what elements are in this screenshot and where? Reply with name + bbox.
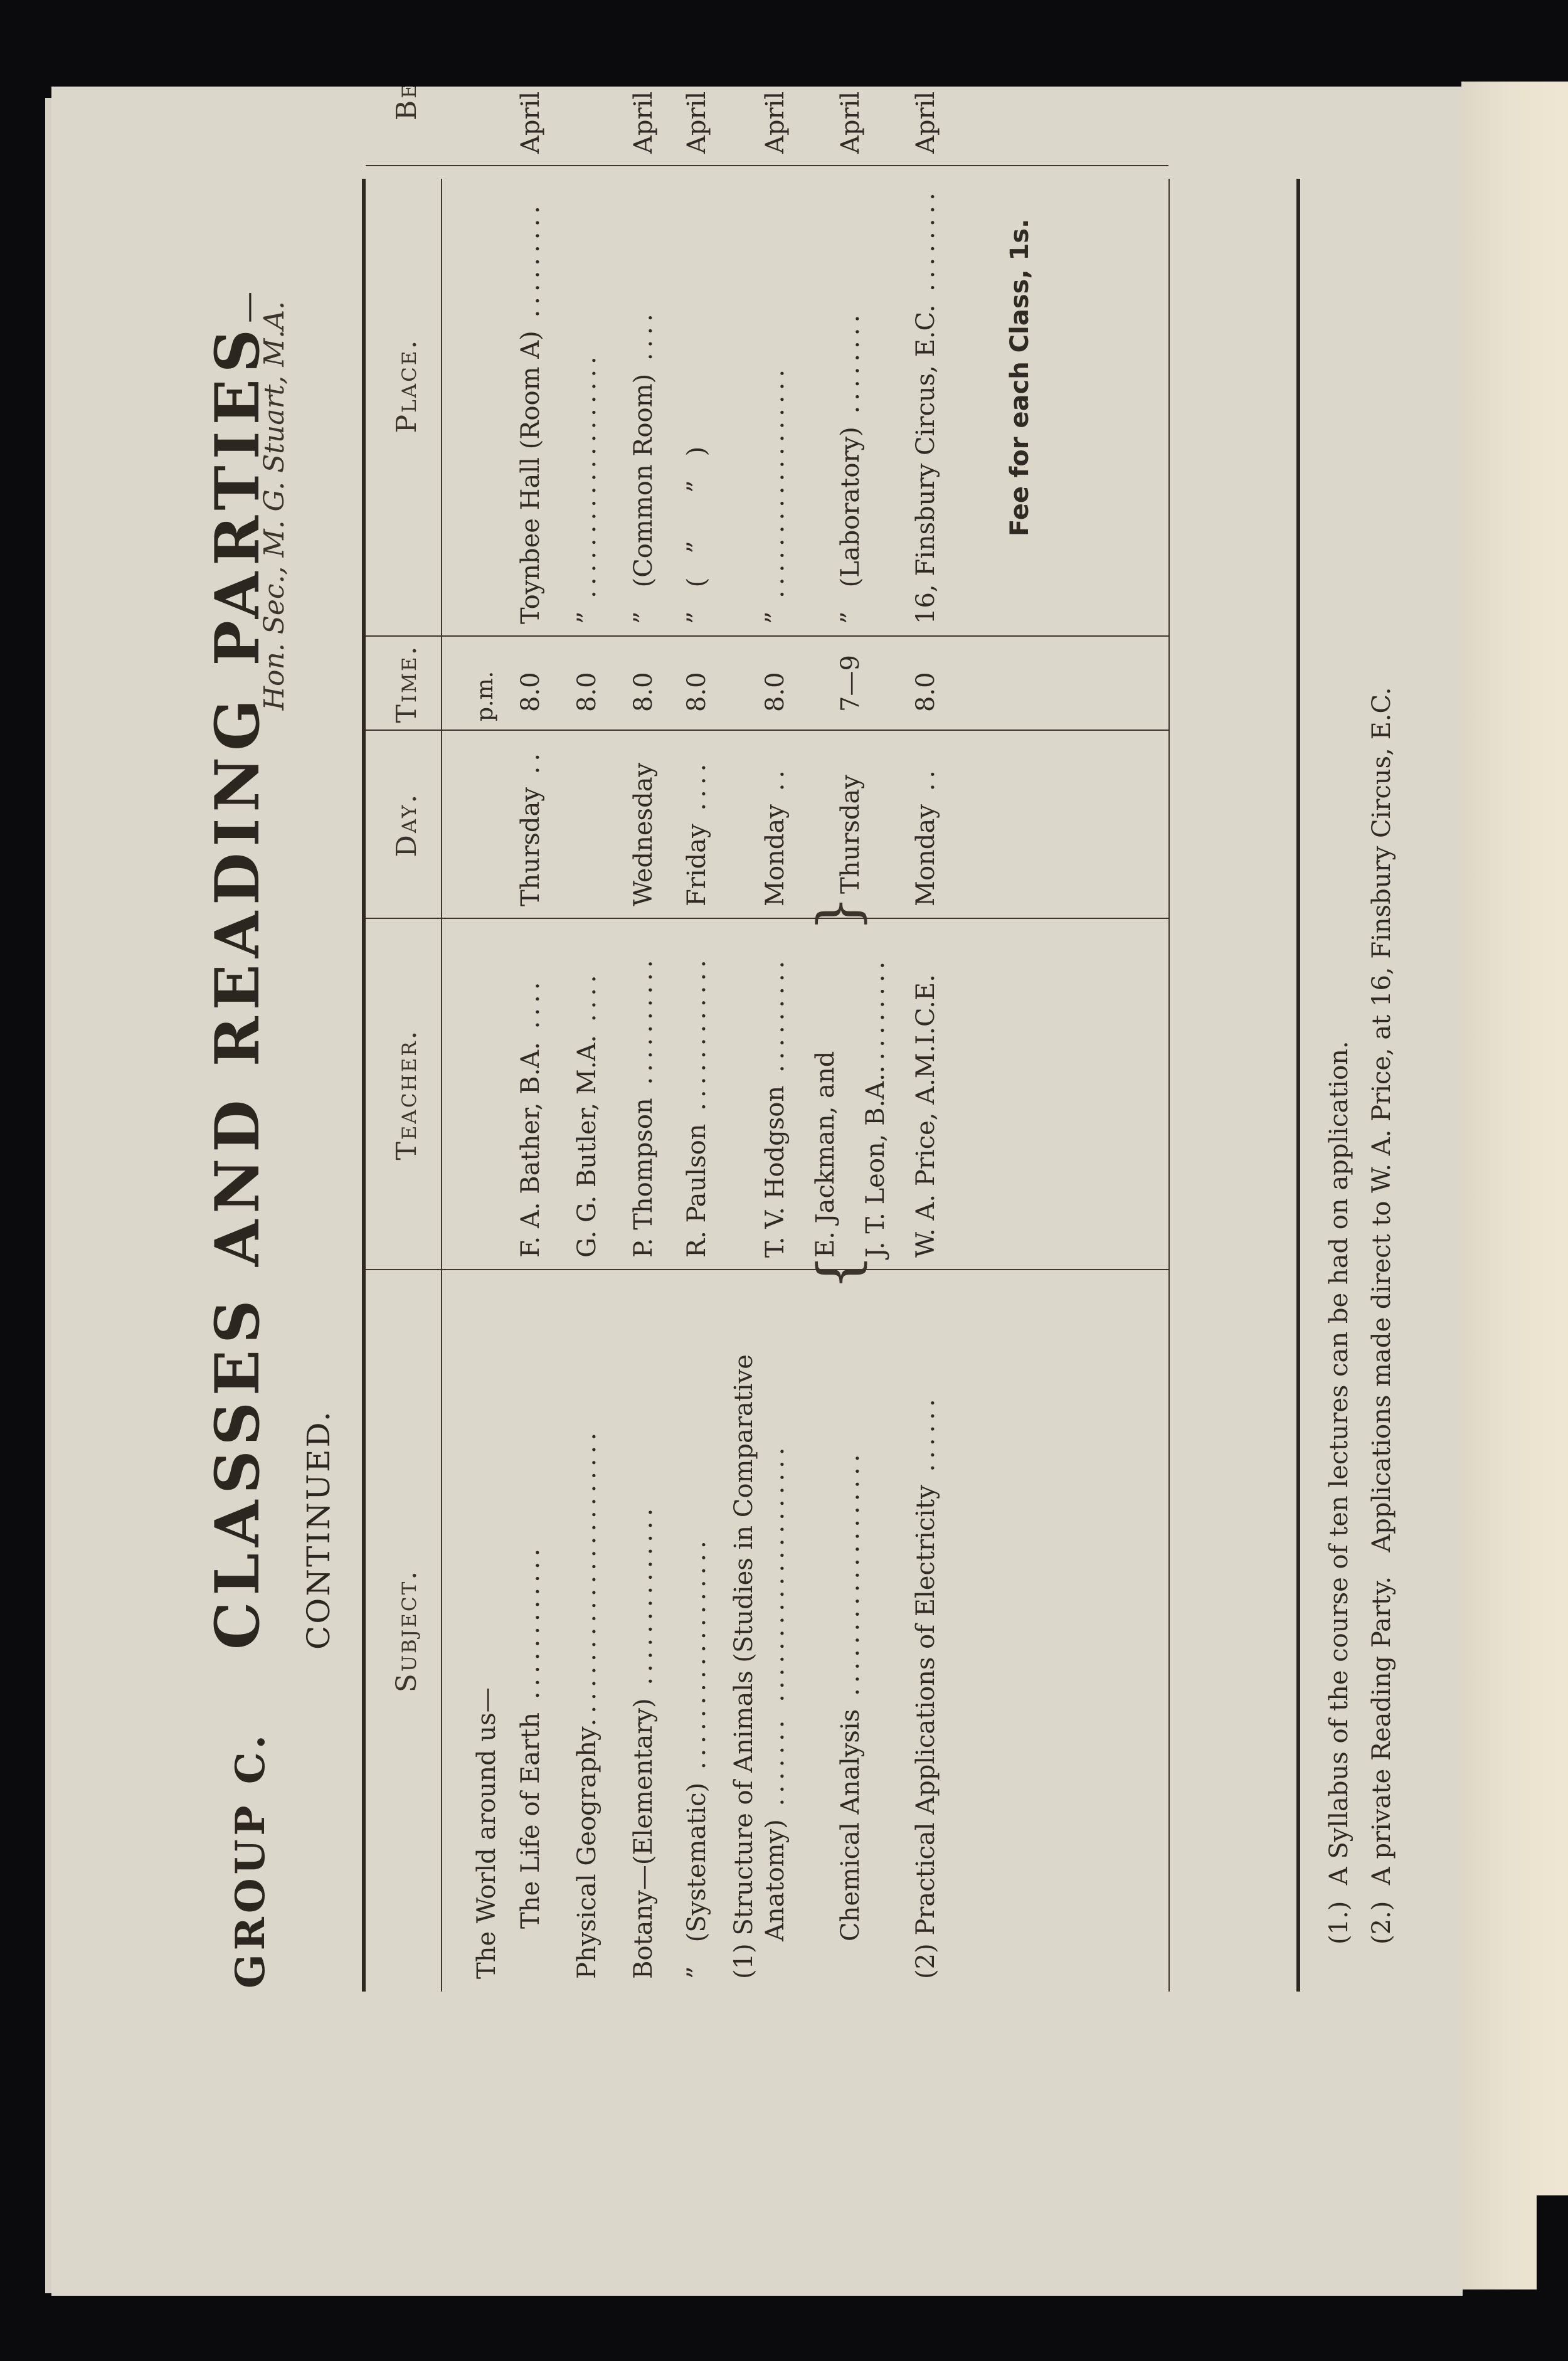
- row-day: Thursday: [836, 775, 865, 894]
- document-page: GROUP C. CLASSES AND READING PARTIES—CON…: [51, 87, 1463, 2296]
- row-subject-line1: (1) Structure of Animals (Studies in Com…: [729, 1354, 758, 1979]
- row-time: 8.0: [911, 672, 940, 712]
- row-beginning: April 21st.: [911, 87, 940, 154]
- row-place: ” ( ” ” ): [682, 447, 711, 624]
- row-teacher: G. G. Butler, M.A. ....: [573, 970, 601, 1258]
- bottom-rule: [1296, 179, 1300, 1992]
- row-subject: (2) Practical Applications of Electricit…: [911, 1394, 940, 1979]
- row-teacher-line2: J. T. Leon, B.A..........: [861, 957, 890, 1258]
- row-subject: Physical Geography......................…: [573, 1428, 601, 1979]
- row-teacher: F. A. Bather, B.A. ....: [516, 977, 545, 1258]
- row-beginning: April 23rd.: [629, 87, 658, 154]
- row-time: 8.0: [516, 672, 545, 712]
- column-divider: [366, 730, 1168, 731]
- rotated-document: GROUP C. CLASSES AND READING PARTIES—CON…: [51, 87, 1463, 2296]
- footnotes: (1.) A Syllabus of the course of ten lec…: [1325, 687, 1410, 1945]
- row-subject-line2: Anatomy) ....... ....................: [761, 1442, 790, 1941]
- row-time: 8.0: [629, 672, 658, 712]
- row-beginning: April 24th.: [516, 87, 545, 154]
- adjacent-page: [1461, 82, 1568, 2289]
- row-time: 8.0: [573, 672, 601, 712]
- column-header-place: Place.: [391, 135, 423, 637]
- left-brace: {: [820, 1255, 858, 1290]
- row-day: Monday ..: [761, 765, 790, 906]
- row-day: Friday ....: [682, 759, 711, 906]
- header-rule: [441, 179, 442, 1992]
- row-day: Monday ..: [911, 765, 940, 906]
- fee-note: Fee for each Class, 1s.: [1005, 219, 1034, 536]
- column-header-subject: Subject.: [391, 1270, 423, 1992]
- row-place: ” ...................: [573, 351, 601, 624]
- row-time: 8.0: [761, 672, 790, 712]
- row-subject: ” (Systematic) ..................: [682, 1536, 711, 1979]
- classes-table: Subject. Teacher. Day. Time. Place. Begi…: [366, 179, 1296, 1992]
- row-beginning: April 25th.: [682, 87, 711, 154]
- footnote-2: (2.) A private Reading Party. Applicatio…: [1367, 687, 1396, 1945]
- row-place: 16, Finsbury Circus, E.C. ........: [911, 188, 940, 624]
- row-place: ” ..................: [761, 364, 790, 624]
- group-label: GROUP C.: [227, 1731, 274, 1988]
- row-place: ” (Laboratory) ........: [836, 310, 865, 624]
- secretary-credit: Hon. Sec., M. G. Stuart, M.A.: [258, 301, 290, 710]
- column-header-teacher: Teacher.: [391, 919, 423, 1270]
- row-beginning: April 17th.: [836, 87, 865, 154]
- column-header-day: Day.: [391, 731, 423, 919]
- column-divider: [366, 1269, 1168, 1270]
- row-place: ” (Common Room) ....: [629, 309, 658, 624]
- right-brace: }: [820, 896, 858, 931]
- section-heading: The World around us—: [472, 1687, 501, 1979]
- column-divider: [366, 165, 1168, 166]
- row-subject: Botany—(Elementary) ..............: [629, 1504, 658, 1979]
- row-subject: The Life of Earth ............: [516, 1544, 545, 1929]
- time-unit: p.m.: [472, 671, 498, 721]
- row-beginning: April 21st.: [761, 87, 790, 154]
- heading: GROUP C. CLASSES AND READING PARTIES—CON…: [196, 201, 290, 2057]
- row-time: 7—9: [836, 655, 865, 712]
- row-day: Wednesday: [629, 763, 658, 906]
- row-time: 8.0: [682, 672, 711, 712]
- column-divider: [366, 918, 1168, 919]
- row-teacher: T. V. Hodgson .........: [761, 956, 790, 1258]
- row-place: Toynbee Hall (Room A) .........: [516, 201, 545, 624]
- column-header-time: Time.: [391, 637, 423, 731]
- row-teacher: R. Paulson ............: [682, 955, 711, 1258]
- column-divider: [366, 635, 1168, 637]
- footnote-1: (1.) A Syllabus of the course of ten lec…: [1325, 687, 1353, 1945]
- row-teacher: W. A. Price, A.M.I.C.E.: [911, 974, 940, 1258]
- row-teacher-line1: E. Jackman, and: [811, 1051, 840, 1258]
- table-bottom-rule: [1168, 179, 1170, 1992]
- torn-corner: [1537, 2195, 1568, 2289]
- row-teacher: P. Thompson ..........: [629, 955, 658, 1258]
- row-day: Thursday ..: [516, 748, 545, 906]
- row-subject: Chemical Analysis ...................: [836, 1449, 865, 1941]
- column-header-beginning: Beginning.: [391, 87, 423, 166]
